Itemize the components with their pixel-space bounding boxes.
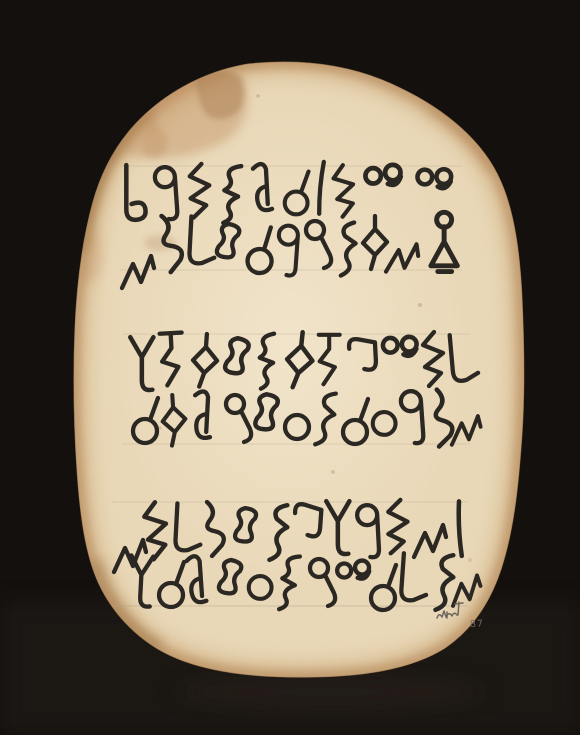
foxing-spot <box>418 303 422 307</box>
foxing-spot <box>468 558 472 562</box>
paper-sheet: 87 <box>74 62 524 677</box>
paper-shadow-halo <box>175 676 485 708</box>
foxing-spot <box>331 470 335 474</box>
artwork-photo: 87 <box>0 0 580 735</box>
artwork-canvas: 87 <box>0 0 580 735</box>
signature-year: 87 <box>470 619 484 630</box>
stain-smudge <box>144 235 176 251</box>
foxing-spot <box>256 94 260 98</box>
